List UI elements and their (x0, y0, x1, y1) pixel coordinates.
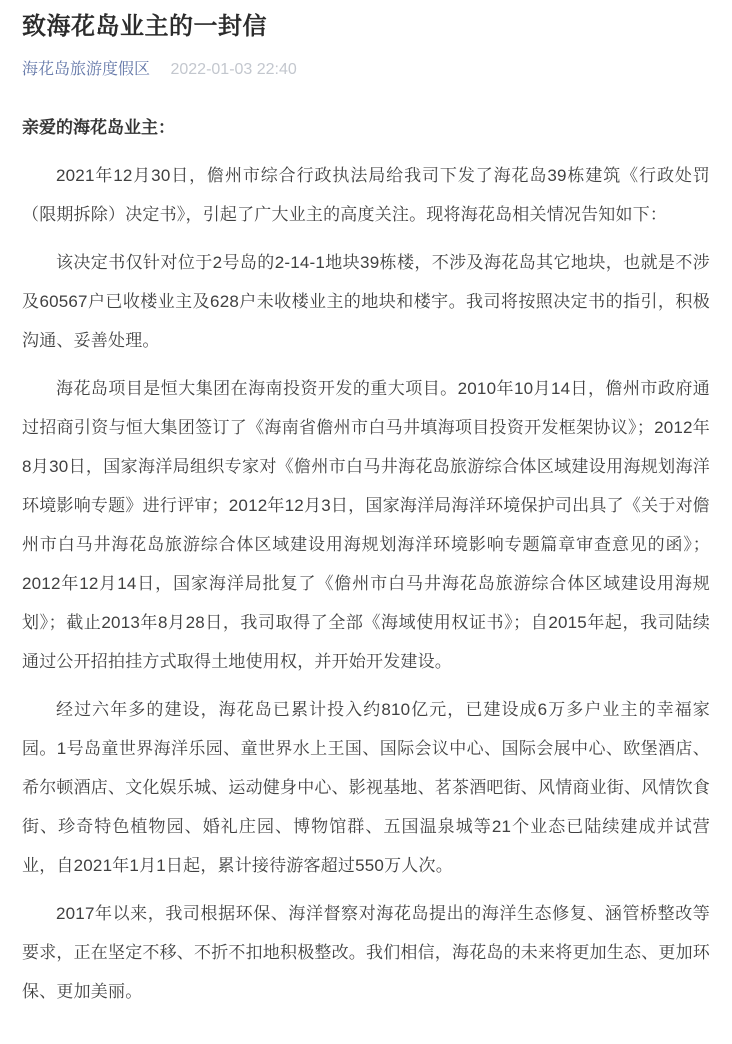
letter-greeting: 亲爱的海花岛业主： (22, 108, 710, 147)
article-page: 致海花岛业主的一封信 海花岛旅游度假区 2022-01-03 22:40 亲爱的… (0, 0, 732, 1044)
body-paragraph: 该决定书仅针对位于2号岛的2-14-1地块39栋楼，不涉及海花岛其它地块，也就是… (22, 243, 710, 360)
author-byline-link[interactable]: 海花岛旅游度假区 (22, 61, 150, 78)
publish-timestamp: 2022-01-03 22:40 (170, 61, 296, 78)
article-title: 致海花岛业主的一封信 (22, 12, 710, 42)
body-paragraph: 海花岛项目是恒大集团在海南投资开发的重大项目。2010年10月14日，儋州市政府… (22, 369, 710, 681)
body-paragraph: 2021年12月30日，儋州市综合行政执法局给我司下发了海花岛39栋建筑《行政处… (22, 156, 710, 234)
article-meta: 海花岛旅游度假区 2022-01-03 22:40 (22, 60, 710, 80)
body-paragraph: 经过六年多的建设，海花岛已累计投入约810亿元，已建设成6万多户业主的幸福家园。… (22, 690, 710, 885)
body-paragraph: 2017年以来，我司根据环保、海洋督察对海花岛提出的海洋生态修复、涵管桥整改等要… (22, 894, 710, 1011)
